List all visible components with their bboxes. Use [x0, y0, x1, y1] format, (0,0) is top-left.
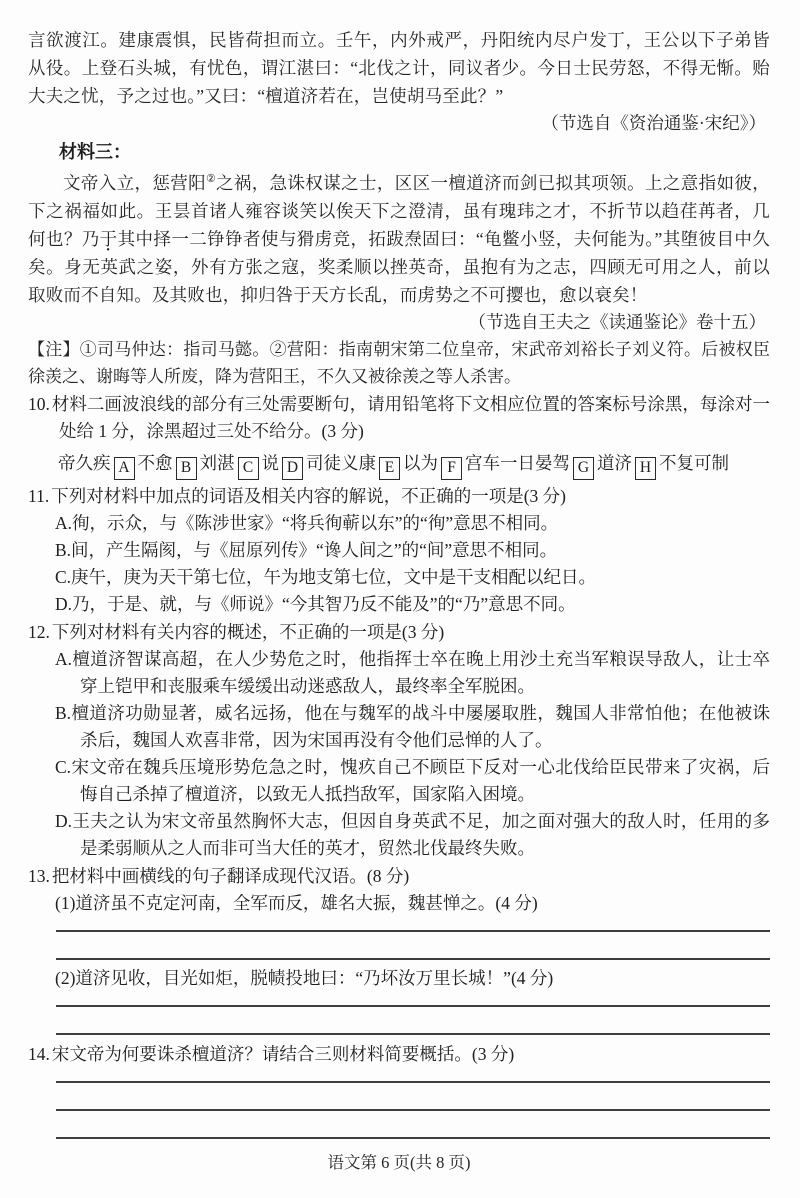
question-11-options: A.徇，示众，与《陈涉世家》“将兵徇蕲以东”的“徇”意思不相同。 B.间，产生隔…	[55, 510, 770, 618]
answer-line[interactable]	[56, 932, 770, 960]
question-13-stem: 把材料中画横线的句子翻译成现代汉语。(8 分)	[52, 866, 409, 886]
q12-option-b: B.檀道济功勋显著，威名远扬，他在与魏军的战斗中屡屡取胜，魏国人非常怕他；在他被…	[55, 700, 770, 754]
question-12-options: A.檀道济智谋高超，在人少势危之时，他指挥士卒在晚上用沙土充当军粮误导敌人，让士…	[55, 646, 770, 862]
question-10: 10.材料二画波浪线的部分有三处需要断句，请用铅笔将下文相应位置的答案标号涂黑，…	[28, 391, 770, 445]
material2-passage-end: 言欲渡江。建康震惧，民皆荷担而立。壬午，内外戒严，丹阳统内尽户发丁，王公以下子弟…	[28, 26, 770, 110]
answer-line[interactable]	[56, 1007, 770, 1035]
q13-sub1-answer-area	[56, 917, 770, 960]
q10-answer-box-c[interactable]: C	[238, 457, 259, 480]
exam-page: 言欲渡江。建康震惧，民皆荷担而立。壬午，内外戒严，丹阳统内尽户发丁，王公以下子弟…	[0, 0, 800, 1198]
q10-seg-text: 司徒义康	[306, 453, 376, 473]
question-11-number: 11.	[28, 486, 49, 506]
material2-attribution: （节选自《资治通鉴·宋纪》）	[28, 110, 770, 137]
material3-attribution: （节选自王夫之《读通鉴论》卷十五）	[28, 309, 770, 336]
question-13-number: 13.	[28, 866, 50, 886]
question-14: 14.宋文帝为何要诛杀檀道济？请结合三则材料简要概括。(3 分)	[28, 1041, 770, 1068]
page-footer: 语文第 6 页(共 8 页)	[28, 1152, 770, 1174]
q10-segmentation-line: 帝久疾A不愈B刘湛C说D司徒义康E以为F宫车一日晏驾G道济H不复可制	[58, 448, 770, 480]
question-11-stem: 下列对材料中加点的词语及相关内容的解说，不正确的一项是(3 分)	[51, 486, 566, 506]
q10-seg-text: 刘湛	[200, 453, 235, 473]
answer-line[interactable]	[56, 1083, 770, 1111]
question-10-stem: 材料二画波浪线的部分有三处需要断句，请用铅笔将下文相应位置的答案标号涂黑，每涂对…	[52, 394, 770, 441]
q10-seg-text: 不愈	[138, 453, 173, 473]
q12-option-c: C.宋文帝在魏兵压境形势危急之时，愧疚自己不顾臣下反对一心北伐给臣民带来了灾祸，…	[55, 754, 770, 808]
question-10-number: 10.	[28, 394, 50, 414]
question-12-number: 12.	[28, 622, 50, 642]
q14-answer-area	[56, 1068, 770, 1139]
q10-answer-box-a[interactable]: A	[114, 457, 135, 480]
material3-text-3: 于其中择一二铮铮者使与猾虏竞，拓跋焘固曰：“龟鳖小竖，夫何能为。”其堕彼目中久矣…	[28, 229, 770, 305]
question-11: 11.下列对材料中加点的词语及相关内容的解说，不正确的一项是(3 分)	[28, 483, 770, 510]
q10-answer-box-g[interactable]: G	[573, 457, 594, 480]
q10-seg-text: 道济	[597, 453, 632, 473]
question-14-stem: 宋文帝为何要诛杀檀道济？请结合三则材料简要概括。(3 分)	[52, 1044, 514, 1064]
answer-line[interactable]	[56, 1111, 770, 1139]
question-12: 12.下列对材料有关内容的概述，不正确的一项是(3 分)	[28, 619, 770, 646]
q11-option-c: C.庚午，庚为天干第七位，午为地支第七位，文中是干支相配以纪日。	[55, 564, 770, 591]
answer-line[interactable]	[56, 917, 770, 932]
q10-seg-text: 以为	[403, 453, 438, 473]
material3-heading: 材料三：	[59, 139, 770, 165]
q10-answer-box-d[interactable]: D	[282, 457, 303, 480]
q12-option-a: A.檀道济智谋高超，在人少势危之时，他指挥士卒在晚上用沙土充当军粮误导敌人，让士…	[55, 646, 770, 700]
q12-option-d: D.王夫之认为宋文帝虽然胸怀大志，但因自身英武不足，加之面对强大的敌人时，任用的…	[55, 808, 770, 862]
material3-text-1: 文帝入立，惩营阳	[63, 173, 206, 193]
question-13: 13.把材料中画横线的句子翻译成现代汉语。(8 分)	[28, 863, 770, 890]
q11-option-b: B.间，产生隔阂，与《屈原列传》“谗人间之”的“间”意思不相同。	[55, 537, 770, 564]
question-12-stem: 下列对材料有关内容的概述，不正确的一项是(3 分)	[52, 622, 444, 642]
q11-option-d: D.乃，于是、就，与《师说》“今其智乃反不能及”的“乃”意思不同。	[55, 591, 770, 618]
q10-seg-text: 不复可制	[659, 453, 729, 473]
q10-answer-box-h[interactable]: H	[635, 457, 656, 480]
q10-seg-text: 帝久疾	[58, 453, 111, 473]
q10-answer-box-e[interactable]: E	[379, 457, 400, 480]
question-14-number: 14.	[28, 1044, 50, 1064]
q10-answer-box-f[interactable]: F	[441, 457, 462, 480]
q13-sub1: (1)道济虽不克定河南，全军而反，雄名大振，魏甚惮之。(4 分)	[55, 890, 770, 917]
dotted-character: 乃	[82, 229, 100, 249]
footnote-ref-mark: ②	[206, 173, 216, 185]
material3-passage: 文帝入立，惩营阳②之祸，急诛权谋之士，区区一檀道济而剑已拟其项领。上之意指如彼，…	[28, 165, 770, 309]
q10-answer-box-b[interactable]: B	[176, 457, 197, 480]
q10-seg-text: 说	[262, 453, 280, 473]
q11-option-a: A.徇，示众，与《陈涉世家》“将兵徇蕲以东”的“徇”意思不相同。	[55, 510, 770, 537]
footnote: 【注】①司马仲达：指司马懿。②营阳：指南朝宋第二位皇帝，宋武帝刘裕长子刘义符。后…	[28, 336, 770, 390]
answer-line[interactable]	[56, 1068, 770, 1083]
q10-seg-text: 宫车一日晏驾	[465, 453, 570, 473]
answer-line[interactable]	[56, 992, 770, 1007]
q13-sub2-answer-area	[56, 992, 770, 1035]
q13-sub2: (2)道济见收，目光如炬，脱帻投地曰：“乃坏汝万里长城！”(4 分)	[55, 965, 770, 992]
